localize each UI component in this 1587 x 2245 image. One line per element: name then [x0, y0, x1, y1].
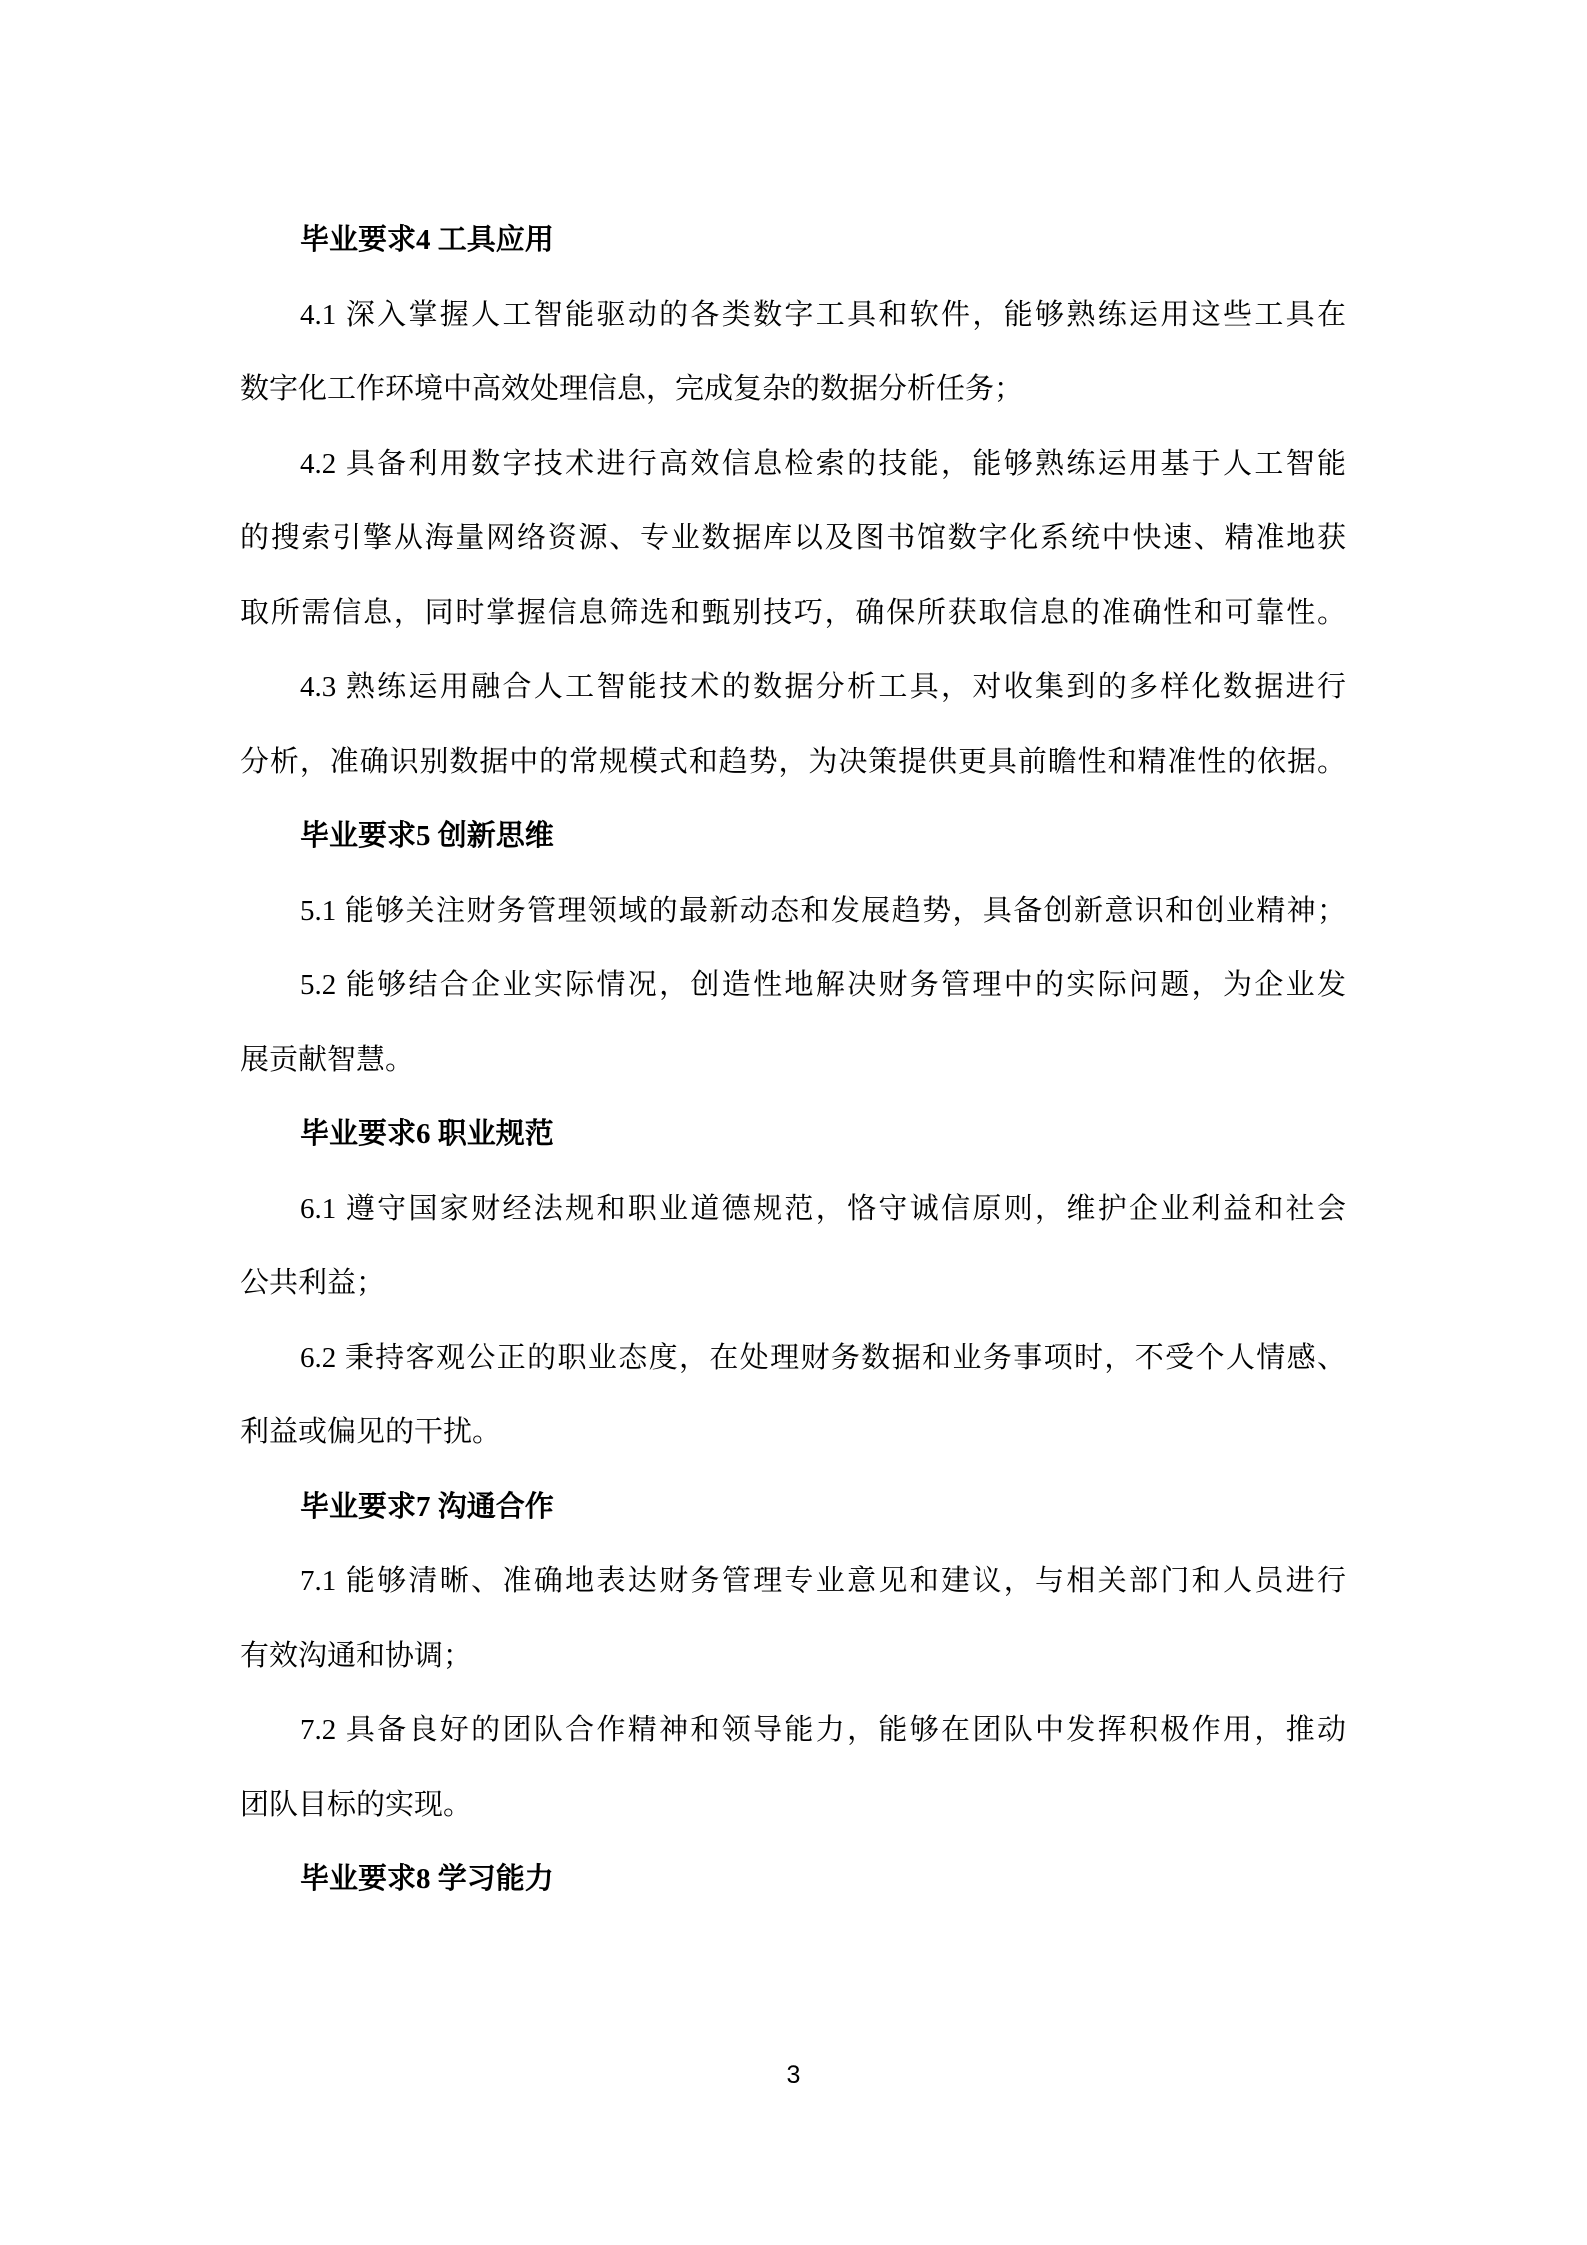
requirement-8-heading: 毕业要求8 学习能力 — [240, 1842, 1346, 1917]
paragraph-7-2-line-1: 7.2 具备良好的团队合作精神和领导能力，能够在团队中发挥积极作用，推动 — [240, 1693, 1346, 1768]
section-requirement-8: 毕业要求8 学习能力 — [240, 1842, 1346, 1917]
paragraph-4-2-line-3: 取所需信息，同时掌握信息筛选和甄别技巧，确保所获取信息的准确性和可靠性。 — [240, 576, 1346, 651]
paragraph-7-1-line-1: 7.1 能够清晰、准确地表达财务管理专业意见和建议，与相关部门和人员进行 — [240, 1544, 1346, 1619]
section-requirement-7: 毕业要求7 沟通合作 — [240, 1470, 1346, 1545]
document-body: 毕业要求4 工具应用 4.1 深入掌握人工智能驱动的各类数字工具和软件，能够熟练… — [240, 203, 1346, 1917]
paragraph-5-2-line-2: 展贡献智慧。 — [240, 1023, 1346, 1098]
paragraph-4-1-line-1: 4.1 深入掌握人工智能驱动的各类数字工具和软件，能够熟练运用这些工具在 — [240, 278, 1346, 353]
section-requirement-4: 毕业要求4 工具应用 — [240, 203, 1346, 278]
paragraph-7-1-line-2: 有效沟通和协调； — [240, 1619, 1346, 1694]
paragraph-6-1-line-1: 6.1 遵守国家财经法规和职业道德规范，恪守诚信原则，维护企业利益和社会 — [240, 1172, 1346, 1247]
paragraph-6-2: 6.2 秉持客观公正的职业态度，在处理财务数据和业务事项时，不受个人情感、 利益… — [240, 1321, 1346, 1470]
paragraph-7-2: 7.2 具备良好的团队合作精神和领导能力，能够在团队中发挥积极作用，推动 团队目… — [240, 1693, 1346, 1842]
paragraph-6-1: 6.1 遵守国家财经法规和职业道德规范，恪守诚信原则，维护企业利益和社会 公共利… — [240, 1172, 1346, 1321]
section-requirement-5: 毕业要求5 创新思维 — [240, 799, 1346, 874]
requirement-4-heading: 毕业要求4 工具应用 — [240, 203, 1346, 278]
paragraph-6-2-line-1: 6.2 秉持客观公正的职业态度，在处理财务数据和业务事项时，不受个人情感、 — [240, 1321, 1346, 1396]
paragraph-4-2: 4.2 具备利用数字技术进行高效信息检索的技能，能够熟练运用基于人工智能 的搜索… — [240, 427, 1346, 651]
document-page: 毕业要求4 工具应用 4.1 深入掌握人工智能驱动的各类数字工具和软件，能够熟练… — [0, 0, 1587, 2245]
section-requirement-6: 毕业要求6 职业规范 — [240, 1097, 1346, 1172]
paragraph-4-3-line-2: 分析，准确识别数据中的常规模式和趋势，为决策提供更具前瞻性和精准性的依据。 — [240, 725, 1346, 800]
requirement-6-heading: 毕业要求6 职业规范 — [240, 1097, 1346, 1172]
paragraph-4-3: 4.3 熟练运用融合人工智能技术的数据分析工具，对收集到的多样化数据进行 分析，… — [240, 650, 1346, 799]
paragraph-6-2-line-2: 利益或偏见的干扰。 — [240, 1395, 1346, 1470]
paragraph-5-1: 5.1 能够关注财务管理领域的最新动态和发展趋势，具备创新意识和创业精神； — [240, 874, 1346, 949]
paragraph-6-1-line-2: 公共利益； — [240, 1246, 1346, 1321]
paragraph-4-2-line-2: 的搜索引擎从海量网络资源、专业数据库以及图书馆数字化系统中快速、精准地获 — [240, 501, 1346, 576]
paragraph-5-2-line-1: 5.2 能够结合企业实际情况，创造性地解决财务管理中的实际问题，为企业发 — [240, 948, 1346, 1023]
paragraph-5-1-line-1: 5.1 能够关注财务管理领域的最新动态和发展趋势，具备创新意识和创业精神； — [240, 874, 1346, 949]
paragraph-4-1: 4.1 深入掌握人工智能驱动的各类数字工具和软件，能够熟练运用这些工具在 数字化… — [240, 278, 1346, 427]
paragraph-7-2-line-2: 团队目标的实现。 — [240, 1768, 1346, 1843]
requirement-5-heading: 毕业要求5 创新思维 — [240, 799, 1346, 874]
paragraph-7-1: 7.1 能够清晰、准确地表达财务管理专业意见和建议，与相关部门和人员进行 有效沟… — [240, 1544, 1346, 1693]
paragraph-4-3-line-1: 4.3 熟练运用融合人工智能技术的数据分析工具，对收集到的多样化数据进行 — [240, 650, 1346, 725]
page-number: 3 — [0, 2040, 1587, 2110]
paragraph-4-1-line-2: 数字化工作环境中高效处理信息，完成复杂的数据分析任务； — [240, 352, 1346, 427]
paragraph-4-2-line-1: 4.2 具备利用数字技术进行高效信息检索的技能，能够熟练运用基于人工智能 — [240, 427, 1346, 502]
requirement-7-heading: 毕业要求7 沟通合作 — [240, 1470, 1346, 1545]
paragraph-5-2: 5.2 能够结合企业实际情况，创造性地解决财务管理中的实际问题，为企业发 展贡献… — [240, 948, 1346, 1097]
